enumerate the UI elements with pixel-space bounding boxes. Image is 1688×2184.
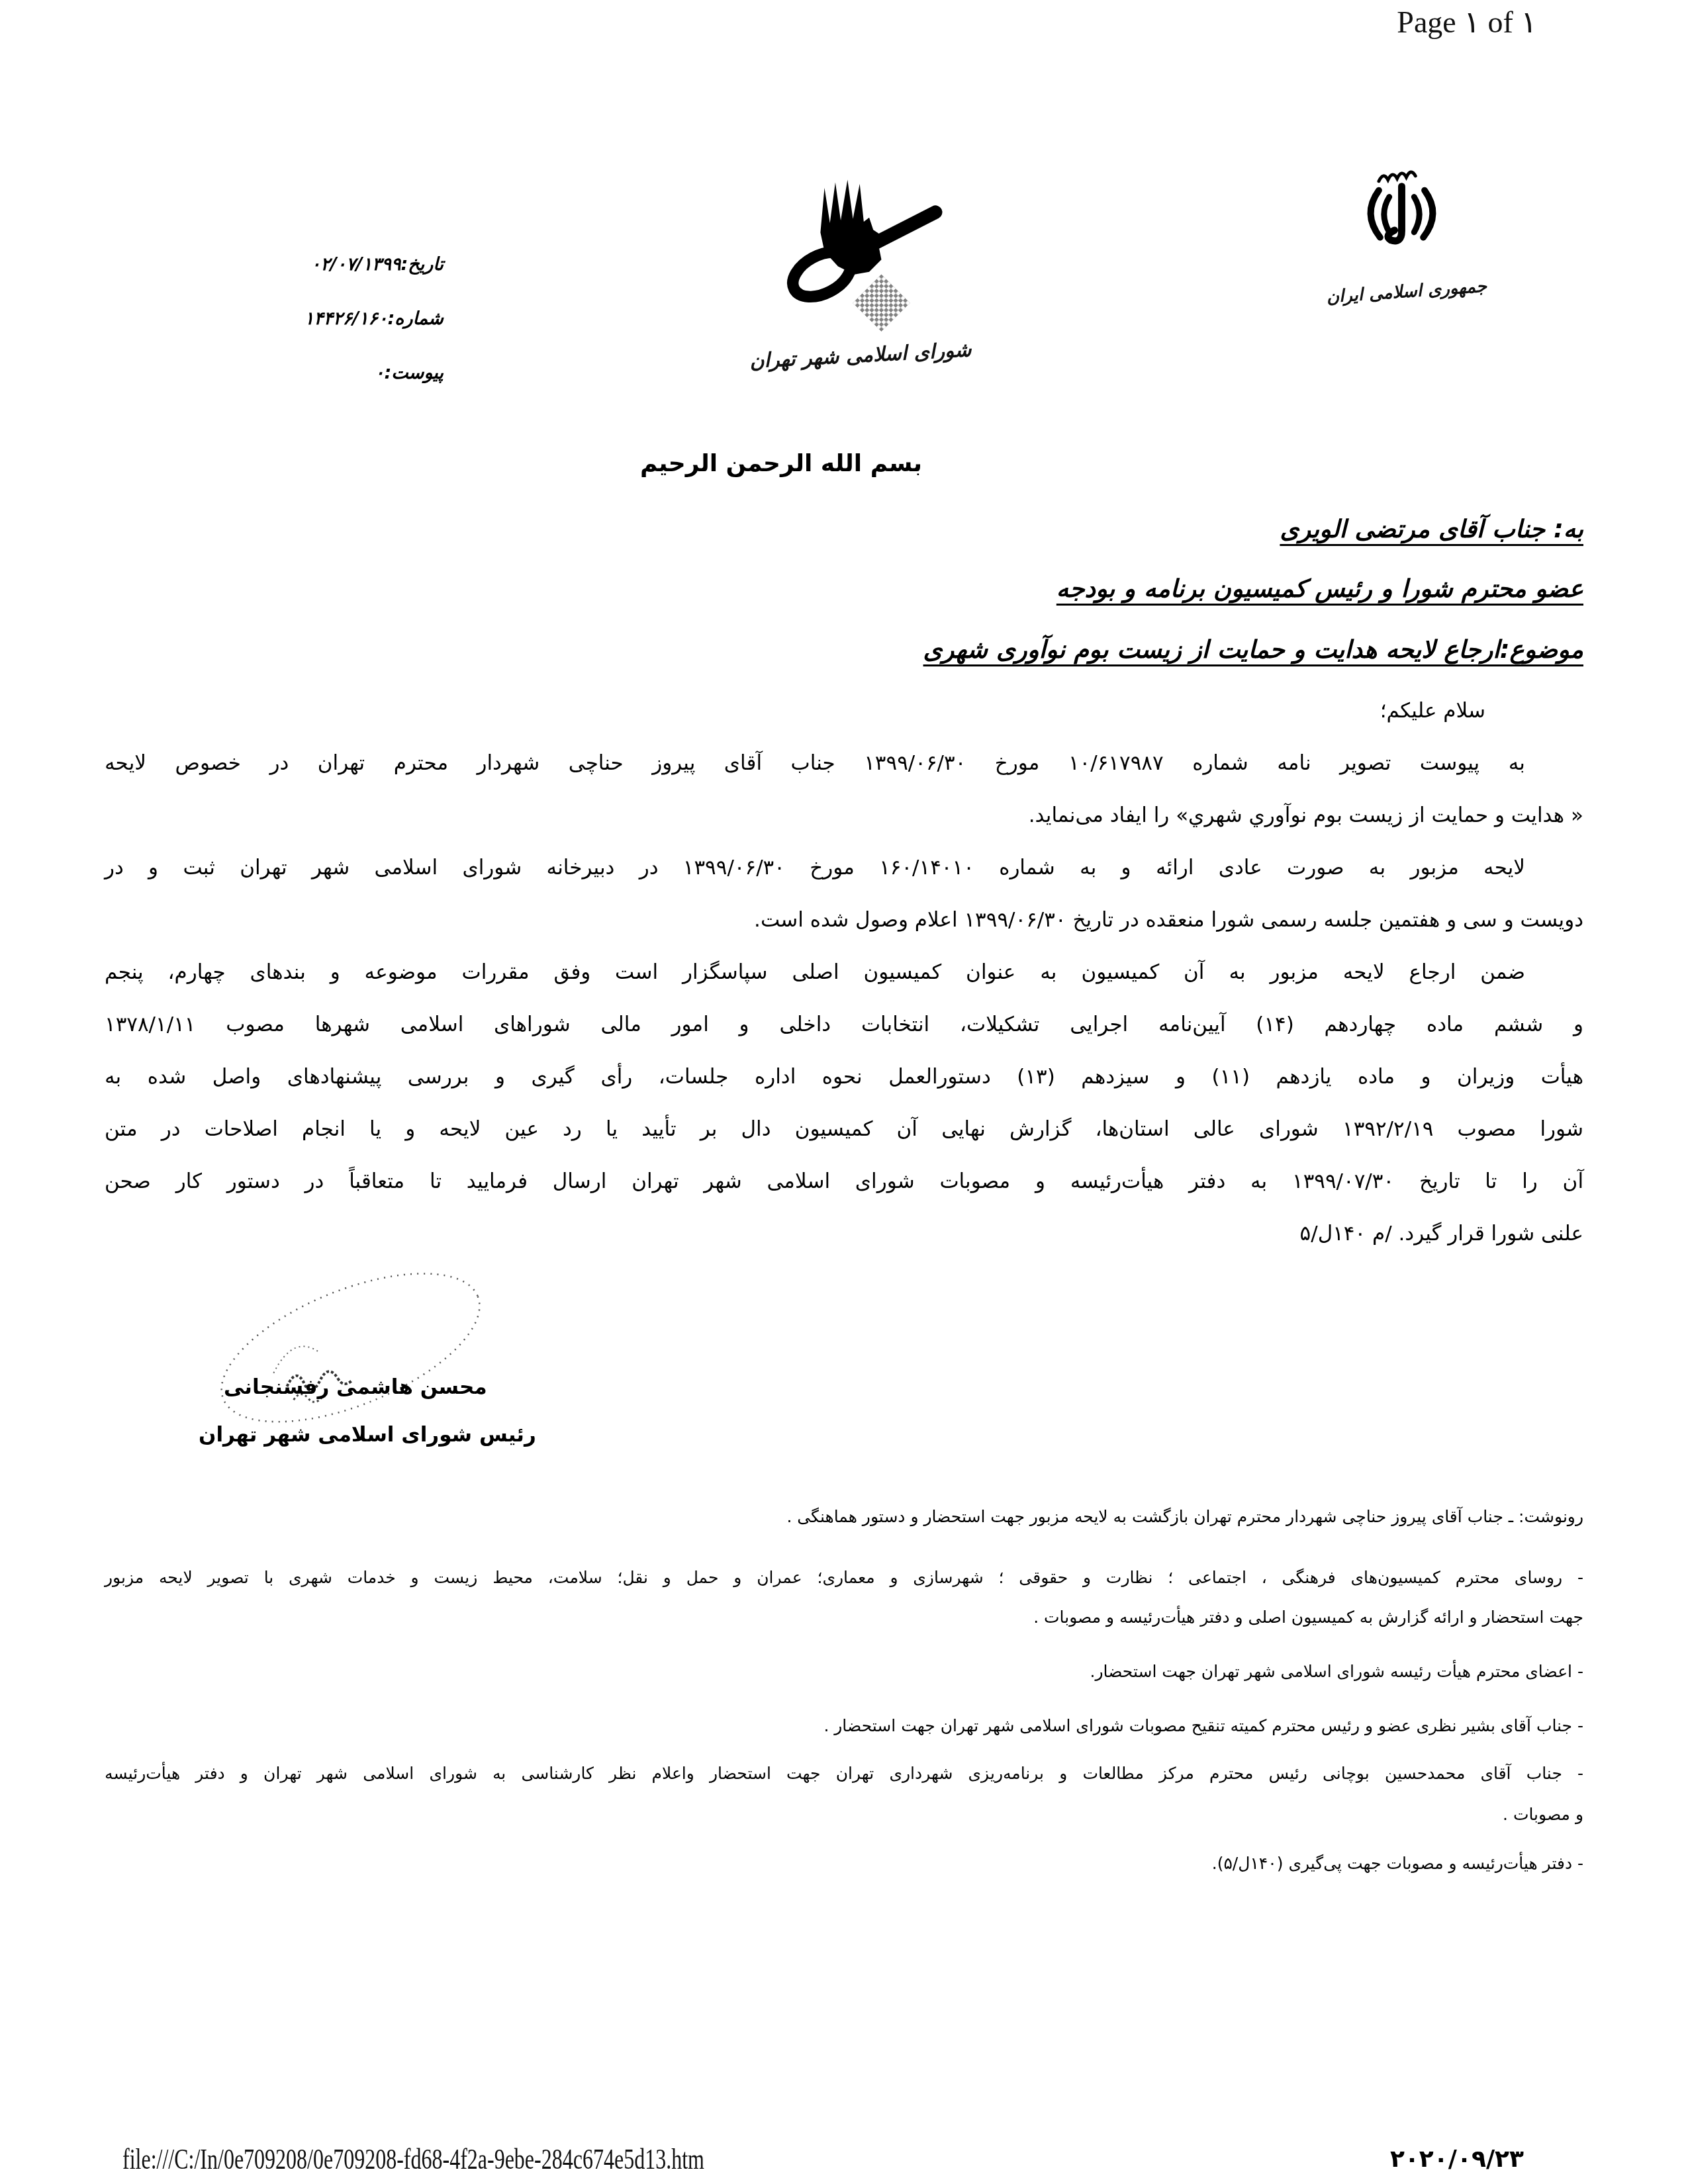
footer-file-url: file:///C:/In/0e709208/0e709208-fd68-4f2… bbox=[122, 2142, 704, 2176]
recipient-title-text: عضو محترم شورا و رئیس کمیسیون برنامه و ب… bbox=[1056, 574, 1583, 603]
page-indicator: Page ۱ of ۱ bbox=[1397, 4, 1537, 40]
salutation: سلام علیکم؛ bbox=[105, 699, 1583, 751]
signature-name: محسن هاشمی رفسنجانی bbox=[224, 1375, 487, 1399]
attachment-value: ۰ bbox=[375, 363, 385, 383]
attachment-label: پیوست: bbox=[384, 363, 444, 383]
council-logo-caption: شورای اسلامی شهر تهران bbox=[727, 338, 993, 375]
recipient-title-line: عضو محترم شورا و رئیس کمیسیون برنامه و ب… bbox=[1056, 574, 1583, 603]
emblem-inner-right bbox=[1414, 197, 1419, 232]
body-line: « هدایت و حمایت از زیست بوم نوآوري شهري»… bbox=[105, 803, 1583, 856]
letterhead-attachment: پیوست:۰ bbox=[265, 363, 444, 417]
emblem-outer-left bbox=[1371, 191, 1380, 238]
national-emblem-caption: جمهوری اسلامی ایران bbox=[1300, 275, 1513, 309]
signature-title: رئیس شورای اسلامی شهر تهران bbox=[199, 1423, 536, 1447]
iran-national-emblem-icon bbox=[1344, 169, 1460, 274]
signature-scribble-icon bbox=[193, 1272, 501, 1444]
scanned-letter-page: { "page_header": { "page_indicator": "Pa… bbox=[0, 0, 1688, 2184]
number-label: شماره: bbox=[388, 308, 444, 329]
tehran-council-logo-icon bbox=[780, 164, 956, 341]
body-line: آن را تا تاریخ ۱۳۹۹/۰۷/۳۰ به دفتر هیأت‌ر… bbox=[105, 1169, 1583, 1222]
body-line: لایحه مزبور به صورت عادی ارائه و به شمار… bbox=[105, 856, 1583, 908]
cc-line: - روسای محترم کمیسیون‌های فرهنگی ، اجتما… bbox=[105, 1565, 1583, 1591]
cc-line: - اعضای محترم هیأت رئیسه شورای اسلامی شه… bbox=[105, 1659, 1642, 1685]
date-value: ۰۲/۰۷/۱۳۹۹ bbox=[311, 254, 401, 275]
body-line: هیأت وزیران و ماده یازدهم (۱۱) و سیزدهم … bbox=[105, 1065, 1583, 1117]
letterhead-date: تاریخ:۰۲/۰۷/۱۳۹۹ bbox=[265, 254, 444, 308]
body-line: شورا مصوب ۱۳۹۲/۲/۱۹ شورای عالی استان‌ها،… bbox=[105, 1117, 1583, 1169]
body-line: دویست و سی و هفتمین جلسه رسمی شورا منعقد… bbox=[105, 908, 1583, 960]
cc-line: - جناب آقای محمدحسین بوچانی رئیس محترم م… bbox=[105, 1760, 1583, 1787]
cc-line: جهت استحضار و ارائه گزارش به کمیسیون اصل… bbox=[105, 1604, 1644, 1631]
cc-line: رونوشت: ـ جناب آقای پیروز حناچی شهردار م… bbox=[105, 1504, 1668, 1530]
emblem-inner-left bbox=[1384, 197, 1389, 232]
footer-print-date: ۲۰۲۰/۰۹/۲۳ bbox=[1390, 2146, 1524, 2173]
body-line: ضمن ارجاع لایحه مزبور به آن کمیسیون به ع… bbox=[105, 960, 1583, 1013]
cc-line: - دفتر هیأت‌رئیسه و مصوبات جهت پی‌گیری (… bbox=[105, 1850, 1648, 1877]
emblem-tashdid bbox=[1379, 172, 1415, 181]
letterhead-fields: تاریخ:۰۲/۰۷/۱۳۹۹ شماره:۱۴۴۲۶/۱۶۰ پیوست:۰ bbox=[265, 254, 444, 417]
letterhead-number: شماره:۱۴۴۲۶/۱۶۰ bbox=[265, 308, 444, 363]
emblem-outer-right bbox=[1423, 191, 1432, 238]
recipient-text: به: جناب آقای مرتضی الویری bbox=[1280, 515, 1583, 543]
letter-body: سلام علیکم؛ به پیوست تصویر نامه شماره ۱۰… bbox=[105, 699, 1583, 1274]
date-label: تاریخ: bbox=[400, 254, 444, 275]
cc-line: - جناب آقای بشیر نظری عضو و رئیس محترم ک… bbox=[105, 1713, 1618, 1739]
council-logo-checker bbox=[853, 274, 910, 332]
body-line: علنی شورا قرار گیرد. /م ۱۴۰ل/۵ bbox=[105, 1222, 1583, 1274]
subject-line: موضوع:ارجاع لایحه هدایت و حمایت از زیست … bbox=[923, 635, 1583, 664]
basmala: بسم الله الرحمن الرحیم bbox=[596, 450, 966, 477]
recipient-line: به: جناب آقای مرتضی الویری bbox=[1280, 515, 1583, 543]
subject-text: موضوع:ارجاع لایحه هدایت و حمایت از زیست … bbox=[923, 635, 1583, 664]
number-value: ۱۴۴۲۶/۱۶۰ bbox=[305, 308, 388, 329]
council-logo-loop bbox=[785, 243, 858, 306]
body-line: به پیوست تصویر نامه شماره ۱۰/۶۱۷۹۸۷ مورخ… bbox=[105, 751, 1583, 803]
cc-line: و مصوبات . bbox=[105, 1801, 1644, 1828]
council-logo-arm bbox=[874, 212, 935, 244]
body-line: و ششم ماده چهاردهم (۱۴) آیین‌نامه اجرایی… bbox=[105, 1013, 1583, 1065]
